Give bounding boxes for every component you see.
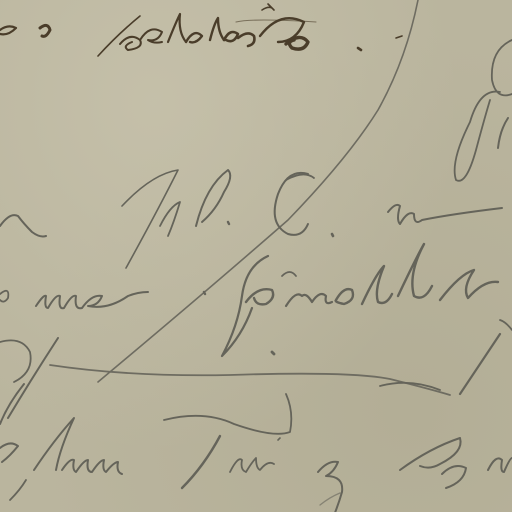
left-edge-scribbles [0,338,58,424]
pencil-line-3-text: uue Gdnobby [0,268,269,314]
manuscript-page: es petiole . r pl. C. u uue Gdnobby Palu… [0,0,512,512]
pencil-line-2-text: r pl. C. u [0,185,176,231]
pencil-line-4-text: Palun Tirez Bu [0,430,297,476]
pencil-line-4 [0,334,512,512]
ink-line-1-text: es petiole . [0,14,166,49]
right-margin-fragment-text: fi [470,90,494,131]
